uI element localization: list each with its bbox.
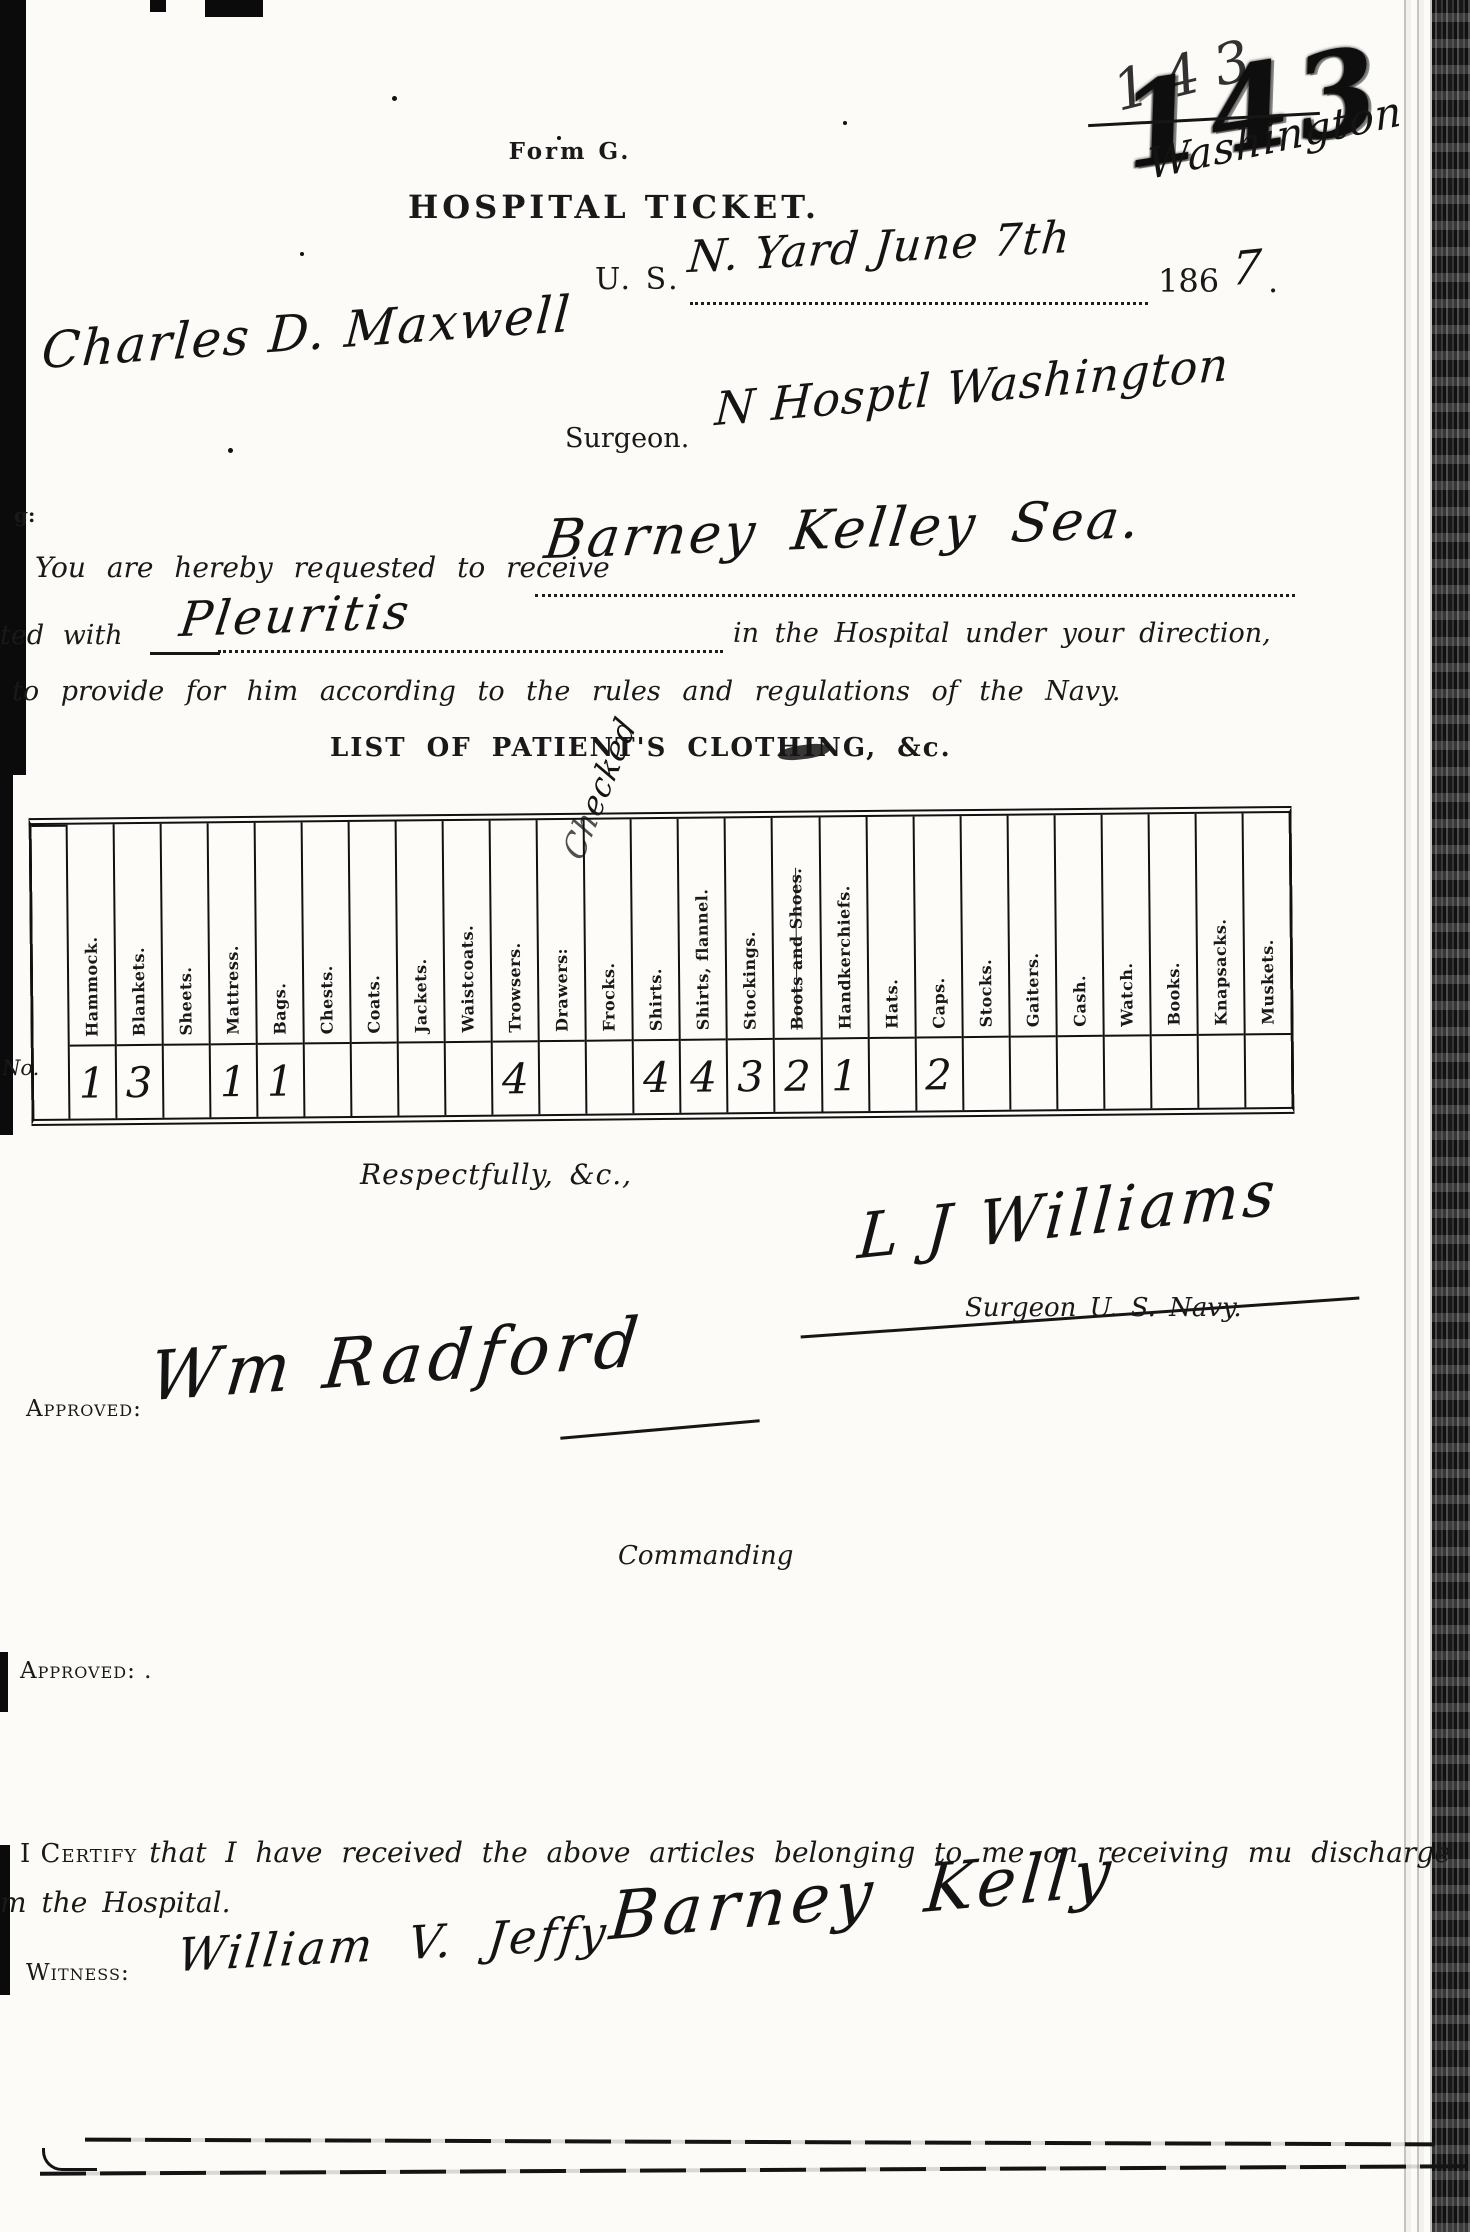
clothing-column: Chests. bbox=[301, 822, 351, 1116]
clothing-column: Hats. bbox=[865, 817, 915, 1111]
column-header-label: Cash. bbox=[1070, 975, 1089, 1027]
clothing-column: Muskets. bbox=[1241, 813, 1291, 1107]
affected-fragment: ted with bbox=[0, 620, 123, 651]
clothing-column: Gaiters. bbox=[1006, 815, 1056, 1109]
clothing-column: Frocks. bbox=[583, 819, 633, 1113]
column-header: Trowsers. bbox=[491, 820, 538, 1040]
column-value bbox=[963, 1036, 1009, 1110]
column-header: Boots and Shoes. bbox=[773, 817, 820, 1037]
left-edge-mark-2 bbox=[0, 1845, 10, 1995]
station-prefix: U. S. bbox=[595, 262, 681, 297]
clothing-column: Handkerchiefs. 1 bbox=[818, 817, 868, 1111]
column-value bbox=[1245, 1033, 1291, 1107]
column-value bbox=[446, 1041, 492, 1115]
clothing-column: Jackets. bbox=[395, 821, 445, 1115]
addressee-name-handwritten: Charles D. Maxwell bbox=[40, 285, 574, 380]
column-header-label: Books. bbox=[1164, 962, 1184, 1026]
surgeon-title-line: Surgeon U. S. Navy. bbox=[965, 1293, 1242, 1323]
scanned-document-page: 143 143 Washington Form G. HOSPITAL TICK… bbox=[0, 0, 1470, 2232]
patient-name-handwritten: Barney Kelley Sea. bbox=[541, 487, 1146, 571]
clothing-column: Sheets. bbox=[160, 823, 210, 1117]
column-header: Bags. bbox=[256, 822, 303, 1042]
column-value: 1 bbox=[258, 1042, 304, 1116]
column-header-label: Watch. bbox=[1117, 962, 1137, 1026]
column-value bbox=[1104, 1034, 1150, 1108]
approver-signature: Wm Radford bbox=[146, 1303, 648, 1417]
column-header-label: Gaiters. bbox=[1023, 953, 1043, 1028]
clothing-column: Hammock. 1 bbox=[66, 824, 116, 1118]
addressee-station-handwritten: N Hosptl Washington bbox=[714, 337, 1231, 436]
year-period: . bbox=[1268, 262, 1278, 300]
column-header: Hats. bbox=[867, 817, 914, 1037]
column-header: Jackets. bbox=[397, 821, 444, 1041]
approver-flourish bbox=[560, 1419, 760, 1439]
column-value: 2 bbox=[775, 1037, 821, 1111]
column-header: Drawers: bbox=[538, 820, 585, 1040]
witness-label: Witness: bbox=[26, 1960, 130, 1986]
clothing-column: Cash. bbox=[1053, 815, 1103, 1109]
clothing-column: Drawers: bbox=[536, 820, 586, 1114]
column-header-label: Caps. bbox=[929, 977, 948, 1029]
column-header-label: Knapsacks. bbox=[1210, 919, 1230, 1026]
clothing-column: Books. bbox=[1147, 814, 1197, 1108]
clothing-heading: LIST OF PATIENT'S CLOTHING, &c. bbox=[330, 733, 952, 763]
witness-signature: William V. Jeffy bbox=[175, 1905, 611, 1982]
column-value bbox=[352, 1042, 398, 1116]
left-edge-mark-1 bbox=[0, 1652, 8, 1712]
column-header: Stocks. bbox=[961, 816, 1008, 1036]
respectfully-line: Respectfully, &c., bbox=[360, 1158, 632, 1191]
column-value: 4 bbox=[493, 1040, 539, 1114]
clothing-table: Hammock. 1 Blankets. 3 Sheets. Mattress.… bbox=[29, 806, 1295, 1126]
left-binding-strip bbox=[0, 0, 26, 775]
column-value bbox=[399, 1041, 445, 1115]
column-value: 4 bbox=[681, 1038, 727, 1112]
column-header: Cash. bbox=[1055, 815, 1102, 1035]
column-value: 2 bbox=[916, 1036, 962, 1110]
approved-label-1: Approved: bbox=[26, 1396, 142, 1422]
clothing-column: Shirts. 4 bbox=[630, 819, 680, 1113]
commanding-line: Commanding bbox=[618, 1541, 793, 1571]
disease-dotted-line bbox=[218, 650, 723, 653]
column-value: 3 bbox=[728, 1038, 774, 1112]
column-header-label: Hats. bbox=[882, 979, 901, 1029]
ink-speck bbox=[228, 448, 233, 453]
column-header-label: Handkerchiefs. bbox=[834, 885, 854, 1029]
column-header: Knapsacks. bbox=[1196, 813, 1243, 1033]
bottom-left-hook bbox=[42, 2148, 97, 2171]
column-value bbox=[1151, 1034, 1197, 1108]
column-header: Watch. bbox=[1102, 814, 1149, 1034]
surgeon-label: Surgeon. bbox=[565, 423, 689, 454]
clothing-column: Bags. 1 bbox=[254, 822, 304, 1116]
top-edge-mark-1 bbox=[150, 0, 166, 12]
column-header: Blankets. bbox=[115, 824, 162, 1044]
column-header: Mattress. bbox=[209, 823, 256, 1043]
patient-dotted-line bbox=[535, 594, 1295, 597]
column-header: Frocks. bbox=[585, 819, 632, 1039]
row-label-no: No. bbox=[2, 1056, 39, 1080]
column-header-label: Shirts, flannel. bbox=[693, 889, 713, 1031]
column-value bbox=[587, 1039, 633, 1113]
column-value bbox=[164, 1043, 210, 1117]
clothing-column: Mattress. 1 bbox=[207, 823, 257, 1117]
top-edge-mark-2 bbox=[205, 0, 263, 17]
clothing-column: Caps. 2 bbox=[912, 816, 962, 1110]
surgeon-signature: L J Williams bbox=[855, 1155, 1281, 1273]
clothing-column: Shirts, flannel. 4 bbox=[677, 818, 727, 1112]
column-header-label: Shirts. bbox=[646, 968, 666, 1031]
spacer-value bbox=[32, 825, 67, 899]
clothing-column: Stocks. bbox=[959, 816, 1009, 1110]
column-value bbox=[1198, 1033, 1244, 1107]
clothing-column: Waistcoats. bbox=[442, 821, 492, 1115]
column-header: Shirts. bbox=[632, 819, 679, 1039]
column-header-label: Coats. bbox=[364, 975, 384, 1034]
column-header: Caps. bbox=[914, 816, 961, 1036]
ink-speck bbox=[392, 96, 397, 101]
column-header: Gaiters. bbox=[1008, 815, 1055, 1035]
column-header: Muskets. bbox=[1243, 813, 1290, 1033]
column-value bbox=[869, 1037, 915, 1111]
salutation-fragment: g: bbox=[14, 503, 35, 527]
column-value bbox=[540, 1040, 586, 1114]
column-header: Chests. bbox=[303, 822, 350, 1042]
column-header-label: Stockings. bbox=[740, 931, 760, 1030]
column-header: Sheets. bbox=[162, 823, 209, 1043]
approved-label-2: Approved: . bbox=[20, 1658, 152, 1684]
date-dotted-line bbox=[690, 302, 1148, 305]
hospital-line: in the Hospital under your direction, bbox=[733, 618, 1271, 649]
column-header-label: Frocks. bbox=[599, 962, 619, 1031]
column-header-label: Jackets. bbox=[411, 958, 431, 1033]
column-value: 1 bbox=[211, 1043, 257, 1117]
clothing-column: Trowsers. 4 bbox=[489, 820, 539, 1114]
column-header-label: Waistcoats. bbox=[458, 925, 478, 1033]
left-binding-strip-lower bbox=[0, 775, 13, 1135]
column-value bbox=[1010, 1035, 1056, 1109]
provide-line: to provide for him according to the rule… bbox=[12, 676, 1120, 707]
column-header-label: Blankets. bbox=[129, 947, 149, 1037]
column-header-label: Bags. bbox=[270, 982, 289, 1034]
column-header-label: Muskets. bbox=[1258, 940, 1278, 1026]
column-header-label: Stocks. bbox=[976, 959, 996, 1028]
column-header-label: Sheets. bbox=[176, 966, 196, 1035]
column-header-label: Chests. bbox=[317, 965, 337, 1034]
certificate-line-1: I Certifythat I have received the above … bbox=[20, 1836, 1451, 1869]
document-title: HOSPITAL TICKET. bbox=[408, 188, 820, 226]
column-header: Coats. bbox=[350, 822, 397, 1042]
ink-speck bbox=[843, 121, 847, 125]
column-value: 3 bbox=[117, 1044, 163, 1118]
certificate-line-2-fragment: m the Hospital. bbox=[0, 1886, 231, 1919]
clothing-column: Stockings. 3 bbox=[724, 818, 774, 1112]
request-line: You are hereby requested to receive bbox=[35, 551, 610, 584]
column-header: Waistcoats. bbox=[444, 821, 491, 1041]
bottom-rule-2 bbox=[40, 2164, 1465, 2175]
clothing-column: Knapsacks. bbox=[1194, 813, 1244, 1107]
column-header-label: Hammock. bbox=[82, 936, 102, 1037]
column-value bbox=[305, 1042, 351, 1116]
column-value: 1 bbox=[70, 1044, 116, 1118]
bottom-rule-1 bbox=[85, 2138, 1435, 2147]
page-edge-texture-light bbox=[1398, 0, 1432, 2232]
column-value: 1 bbox=[822, 1037, 868, 1111]
column-header-label: Trowsers. bbox=[505, 942, 525, 1032]
disease-handwritten: Pleuritis bbox=[177, 584, 415, 648]
column-header: Stockings. bbox=[726, 818, 773, 1038]
column-header-label: Boots and Shoes. bbox=[787, 867, 808, 1029]
column-header: Books. bbox=[1149, 814, 1196, 1034]
column-header-label: Drawers: bbox=[552, 948, 572, 1032]
year-digit-handwritten: 7 bbox=[1230, 238, 1264, 296]
column-header-label: Mattress. bbox=[223, 945, 243, 1035]
column-header: Hammock. bbox=[68, 824, 115, 1044]
certify-prefix: I Certify bbox=[20, 1839, 137, 1869]
year-printed: 186 bbox=[1158, 262, 1219, 300]
clothing-column: Blankets. 3 bbox=[113, 824, 163, 1118]
clothing-column: Boots and Shoes. 2 bbox=[771, 817, 821, 1111]
ink-speck bbox=[300, 252, 304, 256]
clothing-column: Watch. bbox=[1100, 814, 1150, 1108]
column-header: Shirts, flannel. bbox=[679, 818, 726, 1038]
form-label: Form G. bbox=[420, 138, 720, 165]
column-value: 4 bbox=[634, 1039, 680, 1113]
column-value bbox=[1057, 1035, 1103, 1109]
column-header: Handkerchiefs. bbox=[820, 817, 867, 1037]
page-edge-texture-dark bbox=[1432, 0, 1470, 2232]
clothing-column: Coats. bbox=[348, 822, 398, 1116]
disease-line-solid bbox=[150, 652, 220, 655]
